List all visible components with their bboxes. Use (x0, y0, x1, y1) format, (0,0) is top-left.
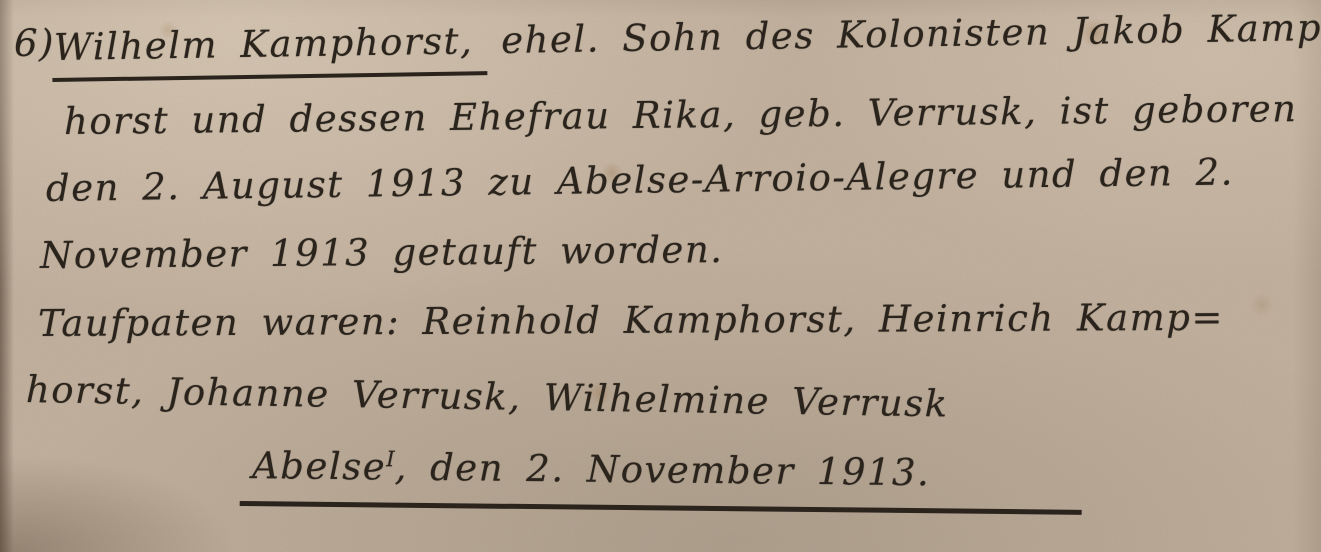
line-1-text: ehel. Sohn des Kolonisten Jakob Kamp= (501, 6, 1321, 62)
signature-date: , den 2. November 1913. (394, 446, 930, 495)
record-line-1: Wilhelm Kamphorst,ehel. Sohn des Kolonis… (52, 6, 1321, 82)
record-line-4: November 1913 getauft worden. (40, 228, 724, 277)
child-name-underlined: Wilhelm Kamphorst, (52, 19, 488, 82)
entry-number: 6) (14, 22, 55, 65)
record-line-2: horst und dessen Ehefrau Rika, geb. Verr… (64, 87, 1298, 143)
record-line-5-godparents: Taufpaten waren: Reinhold Kamphorst, Hei… (38, 296, 1224, 345)
signature-place: Abelse (252, 444, 386, 488)
signature-place-suffix: I (386, 447, 395, 472)
record-line-6-godparents: horst, Johanne Verrusk, Wilhelmine Verru… (26, 368, 949, 425)
record-line-3: den 2. August 1913 zu Abelse-Arroio-Aleg… (46, 150, 1234, 210)
signature-place-date-underlined: AbelseI, den 2. November 1913. (240, 444, 1083, 515)
handwritten-document-photo: 6) Wilhelm Kamphorst,ehel. Sohn des Kolo… (0, 0, 1321, 552)
